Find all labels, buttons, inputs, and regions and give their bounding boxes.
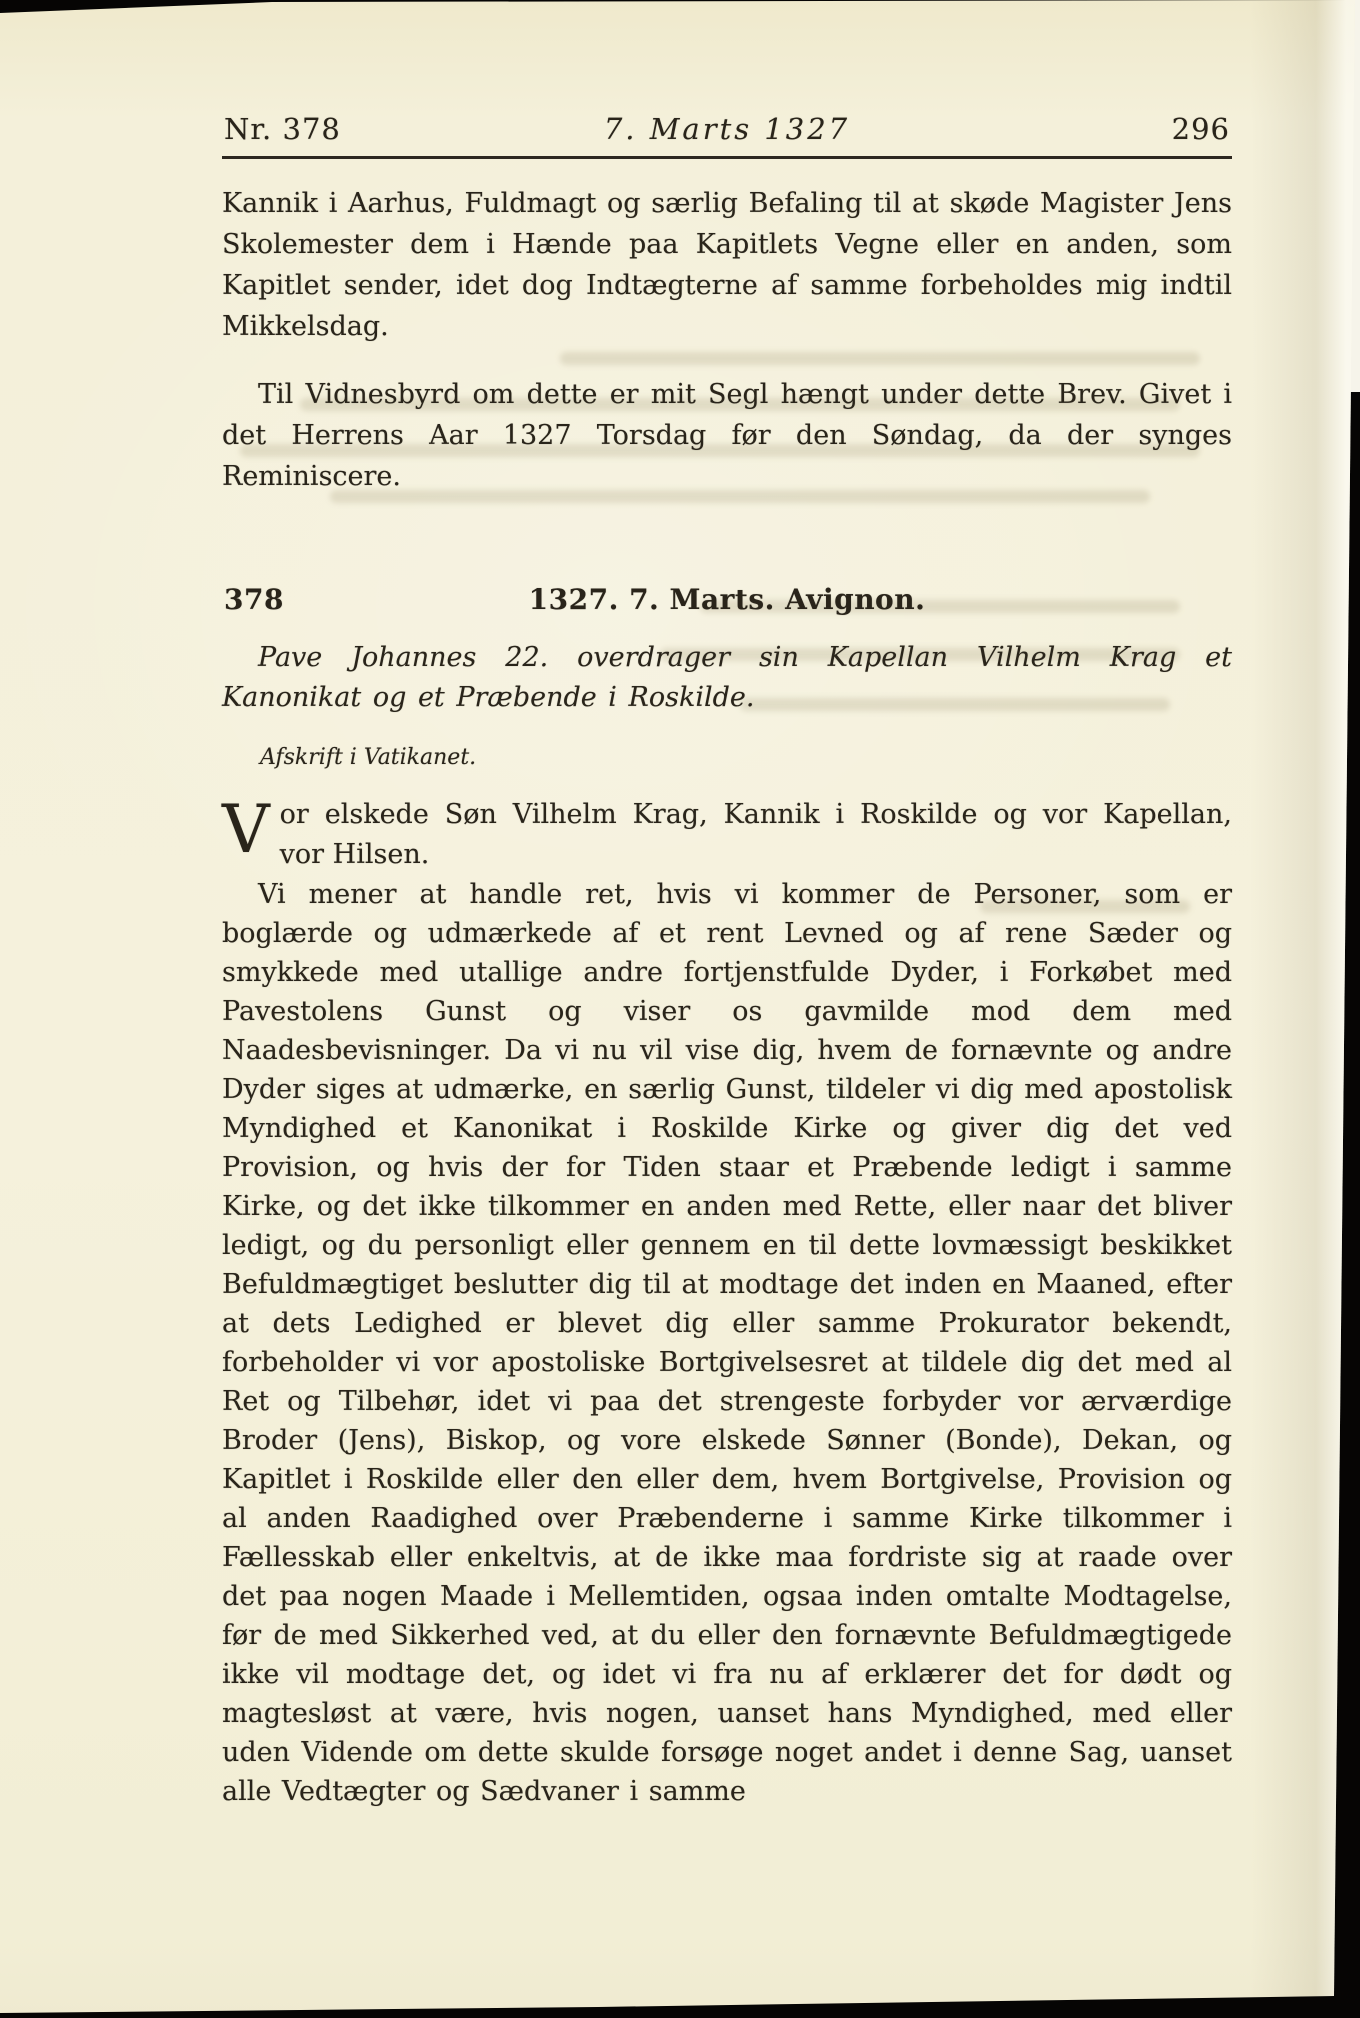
header-date: 7. Marts 1327 [476, 112, 979, 146]
entry-number: 378 [224, 583, 284, 616]
entry-regest: Pave Johannes 22. overdrager sin Kapella… [222, 638, 1232, 718]
entry-source-note: Afskrift i Vatikanet. [260, 745, 1232, 771]
salutation-line: vor Hilsen. [222, 835, 1232, 875]
header-page-number: 296 [979, 112, 1231, 146]
salutation-line: or elskede Søn Vilhelm Krag, Kannik i Ro… [222, 795, 1232, 835]
entry-dateline: 1327. 7. Marts. Avignon. [529, 583, 926, 616]
drop-cap-initial: V [222, 795, 280, 859]
letter-body: Vi mener at handle ret, hvis vi kommer d… [222, 875, 1232, 1811]
header-entry-number: Nr. 378 [224, 112, 476, 146]
text-column: Nr. 378 7. Marts 1327 296 Kannik i Aarhu… [222, 112, 1232, 1838]
book-page: Nr. 378 7. Marts 1327 296 Kannik i Aarhu… [0, 0, 1360, 2018]
previous-entry-continuation: Kannik i Aarhus, Fuldmagt og særlig Befa… [222, 183, 1232, 347]
letter-opening: V or elskede Søn Vilhelm Krag, Kannik i … [222, 795, 1232, 875]
book-page-scan: Nr. 378 7. Marts 1327 296 Kannik i Aarhu… [0, 0, 1360, 2018]
previous-entry-attestation: Til Vidnesbyrd om dette er mit Segl hæng… [222, 374, 1232, 497]
running-header: Nr. 378 7. Marts 1327 296 [222, 112, 1232, 159]
entry-heading: 378 1327. 7. Marts. Avignon. [222, 583, 1232, 616]
